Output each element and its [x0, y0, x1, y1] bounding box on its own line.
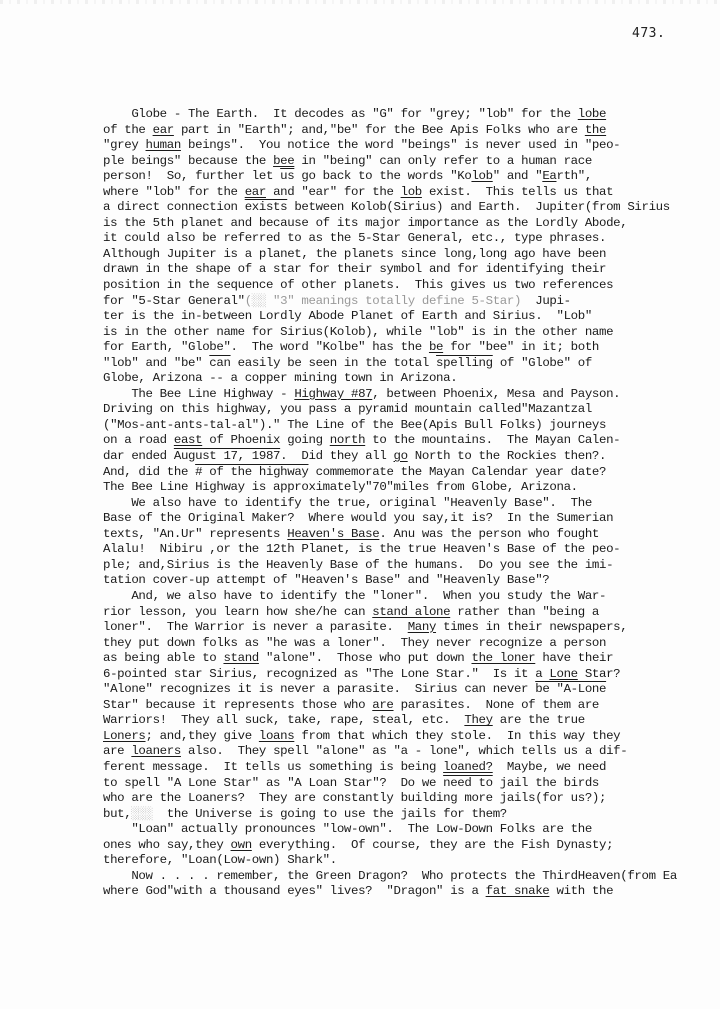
underlined-text: loaners — [131, 744, 181, 758]
text-run: Jupi- — [521, 294, 571, 308]
text-run: The Bee Line Highway - — [103, 387, 294, 401]
underlined-text: Highway #87 — [294, 387, 372, 401]
text-run: for "bee" in it; both — [443, 340, 599, 354]
text-line: ones who say,they own everything. Of cou… — [103, 838, 720, 854]
overlined-text: us — [280, 169, 294, 183]
text-line: drawn in the shape of a star for their s… — [103, 262, 720, 278]
text-line: 6-pointed star Sirius, recognized as "Th… — [103, 667, 720, 683]
text-line: they put down folks as "he was a loner".… — [103, 636, 720, 652]
text-run: position in the sequence of other planet… — [103, 278, 613, 292]
text-run: to spell "A Lone Star" as "A Loan Star"?… — [103, 776, 443, 790]
illegible-text: ░░░ — [131, 807, 159, 821]
text-run: Star? — [578, 667, 621, 681]
text-run: ple; and,Sirius is the Heavenly Base of … — [103, 558, 613, 572]
text-line: The Bee Line Highway - Highway #87, betw… — [103, 387, 720, 403]
text-line: And, we also have to identify the "loner… — [103, 589, 720, 605]
text-run: "Loan" actually pronounces "low-own". Th… — [103, 822, 592, 836]
text-line: are loaners also. They spell "alone" as … — [103, 744, 720, 760]
text-line: is the 5th planet and because of its maj… — [103, 216, 720, 232]
text-line: Star" because it represents those who ar… — [103, 698, 720, 714]
text-run: also. They spell "alone" as "a - lone", … — [181, 744, 627, 758]
text-line: ferent message. It tells us something is… — [103, 760, 720, 776]
text-line: And, did the # of the highway commemorat… — [103, 465, 720, 481]
underlined-text: the loner — [471, 651, 535, 665]
text-run: rior lesson, you learn how she/he can — [103, 605, 372, 619]
text-run: "lob" and "be" — [103, 356, 209, 370]
text-run: We also have to identify the true, origi… — [103, 496, 592, 510]
text-run: loner". The Warrior is never a parasite. — [103, 620, 408, 634]
text-run: easily be seen in the total — [231, 356, 436, 370]
text-run: ferent message. It tells us something is… — [103, 760, 443, 774]
underlined-text: be — [429, 340, 443, 354]
text-run: for "5-Star General" — [103, 294, 245, 308]
text-line: position in the sequence of other planet… — [103, 278, 720, 294]
text-run: Base of the Original Maker? Where would … — [103, 511, 613, 525]
underlined-text: fat snake — [486, 884, 550, 898]
text-run: are — [103, 744, 131, 758]
text-line: tation cover-up attempt of "Heaven's Bas… — [103, 573, 720, 589]
text-run: where God"with a thousand eyes" lives? "… — [103, 884, 486, 898]
text-line: where "lob" for the ear and "ear" for th… — [103, 185, 720, 201]
text-run: parasites. None of them are — [394, 698, 599, 712]
text-run: Globe - The Earth. It decodes as "G" for… — [103, 107, 578, 121]
text-line: Alalu! Nibiru ,or the 12th Planet, is th… — [103, 542, 720, 558]
text-run: on a road — [103, 433, 174, 447]
text-line: Globe, Arizona -- a copper mining town i… — [103, 371, 720, 387]
text-line: ple; and,Sirius is the Heavenly Base of … — [103, 558, 720, 574]
body-text: Globe - The Earth. It decodes as "G" for… — [103, 107, 720, 900]
illegible-text: (░░ "3" meanings totally define 5-Star) — [245, 294, 521, 308]
underlined-text: lob — [401, 185, 422, 199]
overlined-text: be "A-Lone — [535, 682, 606, 696]
text-run: times in their newspapers, — [436, 620, 627, 634]
text-run: The Bee Line Highway is approximately"70… — [103, 480, 578, 494]
text-line: therefore, "Loan(Low-own) Shark". — [103, 853, 720, 869]
text-run: texts, "An.Ur" represents — [103, 527, 287, 541]
text-run: dar ended — [103, 449, 174, 463]
text-run: rather than "being a — [450, 605, 599, 619]
underlined-text: north — [330, 433, 365, 447]
text-line: of the ear part in "Earth"; and,"be" for… — [103, 123, 720, 139]
text-run: person! So, further let — [103, 169, 280, 183]
text-line: ("Mos-ant-ants-tal-al")." The Line of th… — [103, 418, 720, 434]
text-run: ; and,they give — [146, 729, 259, 743]
underlined-text: loans — [259, 729, 294, 743]
text-run: in "being" can only refer to a human rac… — [294, 154, 592, 168]
text-line: a direct connection exists between Kolob… — [103, 200, 720, 216]
text-run: Driving on this highway, you pass a pyra… — [103, 402, 592, 416]
text-run: Warriors! They all suck, take, rape, ste… — [103, 713, 464, 727]
page-number: 473. — [632, 26, 665, 41]
text-line: The Bee Line Highway is approximately"70… — [103, 480, 720, 496]
overlined-text: need to — [443, 776, 493, 790]
text-run: . Anu was the person who fought — [379, 527, 599, 541]
text-run: jail the birds — [493, 776, 599, 790]
overlined-text: August 17, 1987 — [174, 449, 280, 463]
text-run: Now . . . . remember, the Green Dragon? … — [103, 869, 677, 883]
text-line: on a road east of Phoenix going north to… — [103, 433, 720, 449]
text-line: person! So, further let us go back to th… — [103, 169, 720, 185]
text-run: Maybe, we need — [493, 760, 606, 774]
text-line: dar ended August 17, 1987. Did they all … — [103, 449, 720, 465]
text-run: everything. Of course, they are the Fish… — [252, 838, 613, 852]
underlined-text: east — [174, 433, 202, 447]
underlined-text: lobe — [578, 107, 606, 121]
text-line: We also have to identify the true, origi… — [103, 496, 720, 512]
text-line: ple beings" because the bee in "being" c… — [103, 154, 720, 170]
text-run: of "Globe" of — [493, 356, 592, 370]
text-line: but,░░░ the Universe is going to use the… — [103, 807, 720, 823]
text-line: who are the Loaners? They are constantly… — [103, 791, 720, 807]
text-line: where God"with a thousand eyes" lives? "… — [103, 884, 720, 900]
text-line: for Earth, "Globe". The word "Kolbe" has… — [103, 340, 720, 356]
text-run: with the — [549, 884, 613, 898]
text-run: . Did they all — [280, 449, 393, 463]
text-run: drawn in the shape of a star for their s… — [103, 262, 606, 276]
underlined-text: own — [231, 838, 252, 852]
text-line: "Loan" actually pronounces "low-own". Th… — [103, 822, 720, 838]
text-run: are the true — [493, 713, 585, 727]
text-run: the Universe is going to use the jails f… — [160, 807, 507, 821]
text-line: to spell "A Lone Star" as "A Loan Star"?… — [103, 776, 720, 792]
text-line: Globe - The Earth. It decodes as "G" for… — [103, 107, 720, 123]
underlined-text: Many — [408, 620, 436, 634]
text-run: part in "Earth"; and,"be" for the Bee Ap… — [174, 123, 585, 137]
text-run: North to the Rockies then?. — [408, 449, 606, 463]
underlined-text: stand — [223, 651, 258, 665]
scan-noise-edge — [0, 0, 720, 4]
text-run: from that which they stole. In this way … — [294, 729, 620, 743]
underlined-text: They — [464, 713, 492, 727]
underlined-text: ear — [153, 123, 174, 137]
overlined-text: spelling — [436, 356, 493, 370]
document-page: 473. Globe - The Earth. It decodes as "G… — [0, 0, 720, 1009]
text-line: texts, "An.Ur" represents Heaven's Base.… — [103, 527, 720, 543]
text-line: "Alone" recognizes it is never a parasit… — [103, 682, 720, 698]
text-run: is the 5th planet and because of its maj… — [103, 216, 627, 230]
overlined-text: # of the highway — [195, 465, 308, 479]
text-line: as being able to stand "alone". Those wh… — [103, 651, 720, 667]
text-line: Driving on this highway, you pass a pyra… — [103, 402, 720, 418]
text-run: Although Jupiter is a planet, the planet… — [103, 247, 606, 261]
underlined-text: stand alone — [372, 605, 450, 619]
text-run: "grey — [103, 138, 146, 152]
text-run: of the — [103, 123, 153, 137]
underlined-text: loaned? — [443, 760, 493, 774]
underlined-text: Loners — [103, 729, 146, 743]
text-run: but, — [103, 807, 131, 821]
text-run: Globe, Arizona -- a copper mining town i… — [103, 371, 457, 385]
underlined-text: bee — [273, 154, 294, 168]
text-run: And, did the — [103, 465, 195, 479]
underlined-text: lob — [471, 169, 492, 183]
text-line: is in the other name for Sirius(Kolob), … — [103, 325, 720, 341]
text-run: exist. This tells us that — [422, 185, 613, 199]
text-run: tation cover-up attempt of "Heaven's Bas… — [103, 573, 549, 587]
underlined-text: the — [585, 123, 606, 137]
text-line: "grey human beings". You notice the word… — [103, 138, 720, 154]
text-run: to the mountains. The Mayan Calen- — [365, 433, 620, 447]
text-run: And, we also have to identify the "loner… — [103, 589, 606, 603]
text-run: where "lob" for the — [103, 185, 245, 199]
text-run: ter is the in-between Lordly Abode Plane… — [103, 309, 592, 323]
text-run: " and " — [493, 169, 543, 183]
overlined-text: can — [209, 356, 230, 370]
text-run: who are the Loaners? They are constantly… — [103, 791, 606, 805]
text-line: loner". The Warrior is never a parasite.… — [103, 620, 720, 636]
text-line: ter is the in-between Lordly Abode Plane… — [103, 309, 720, 325]
text-run: therefore, "Loan(Low-own) Shark". — [103, 853, 337, 867]
text-line: "lob" and "be" can easily be seen in the… — [103, 356, 720, 372]
text-run: commemorate the Mayan Calendar year date… — [309, 465, 607, 479]
text-run: Star" because it represents those who — [103, 698, 372, 712]
text-run: ple beings" because the — [103, 154, 273, 168]
text-line: Base of the Original Maker? Where would … — [103, 511, 720, 527]
text-run: Alalu! Nibiru ,or the 12th Planet, is th… — [103, 542, 620, 556]
text-line: Loners; and,they give loans from that wh… — [103, 729, 720, 745]
text-run: for Earth, "Globe". The word "Kolbe" has… — [103, 340, 429, 354]
underlined-text: Heaven's Base — [287, 527, 379, 541]
text-run: have their — [535, 651, 613, 665]
text-run: beings". You notice the word "beings" is… — [181, 138, 620, 152]
text-run: a direct connection — [103, 200, 245, 214]
underlined-text: ear — [245, 185, 266, 199]
text-run: "alone". Those who put down — [259, 651, 472, 665]
overlined-text: exists — [245, 200, 288, 214]
text-run: ("Mos-ant-ants-tal-al")." The Line of th… — [103, 418, 606, 432]
underlined-text: Lone — [549, 667, 577, 681]
text-run: 6-pointed star Sirius, recognized as "Th… — [103, 667, 549, 681]
text-run: rth", — [557, 169, 592, 183]
underlined-text: Ea — [542, 169, 556, 183]
text-run: and "ear" for the — [266, 185, 401, 199]
text-run: , between Phoenix, Mesa and Payson. — [372, 387, 620, 401]
text-line: Now . . . . remember, the Green Dragon? … — [103, 869, 720, 885]
underlined-text: human — [146, 138, 181, 152]
text-run: of Phoenix going — [202, 433, 330, 447]
underlined-text: go — [394, 449, 408, 463]
text-line: Although Jupiter is a planet, the planet… — [103, 247, 720, 263]
text-run: ones who say,they — [103, 838, 231, 852]
text-run: between Kolob(Sirius) and Earth. Jupiter… — [287, 200, 670, 214]
text-line: rior lesson, you learn how she/he can st… — [103, 605, 720, 621]
text-line: it could also be referred to as the 5-St… — [103, 231, 720, 247]
text-run: is in the other name for Sirius(Kolob), … — [103, 325, 613, 339]
text-run: go back to the words "Ko — [294, 169, 471, 183]
text-line: Warriors! They all suck, take, rape, ste… — [103, 713, 720, 729]
underlined-text: are — [372, 698, 393, 712]
text-line: for "5-Star General"(░░ "3" meanings tot… — [103, 294, 720, 310]
text-run: "Alone" recognizes it is never a parasit… — [103, 682, 535, 696]
text-run: they put down folks as "he was a loner".… — [103, 636, 606, 650]
text-run: it could also be referred to as the 5-St… — [103, 231, 606, 245]
text-run: as being able to — [103, 651, 223, 665]
